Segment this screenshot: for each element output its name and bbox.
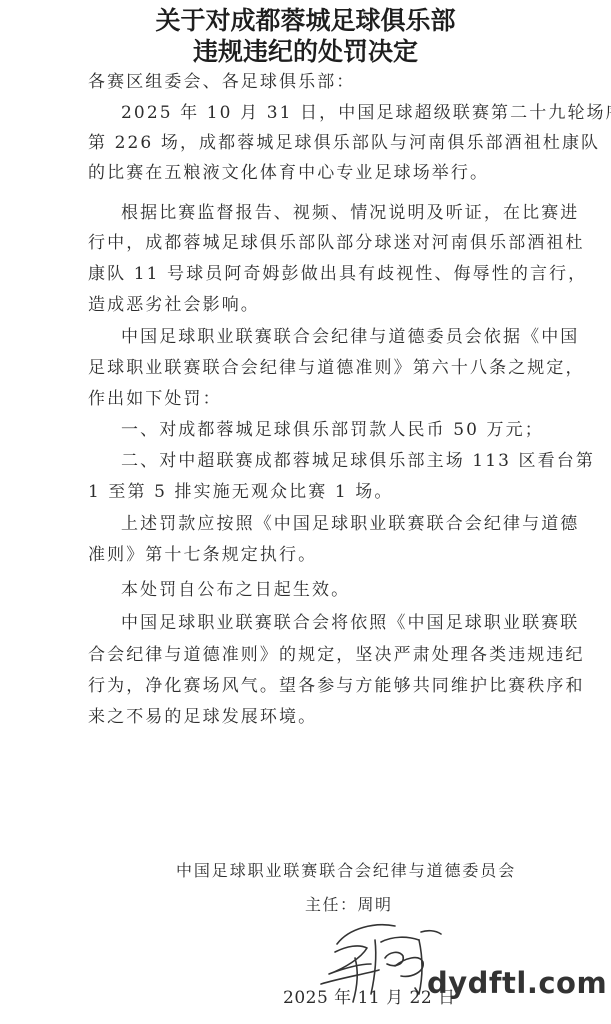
body-line: 1 至第 5 排实施无观众比赛 1 场。: [88, 482, 393, 502]
document-title-line-1: 关于对成都蓉城足球俱乐部: [0, 6, 611, 36]
body-line: 中国足球职业联赛联合会纪律与道德委员会依据《中国: [121, 327, 579, 347]
body-line: 行中，成都蓉城足球俱乐部队部分球迷对河南俱乐部酒祖杜: [88, 233, 585, 253]
document-title-line-2: 违规违纪的处罚决定: [0, 37, 611, 67]
body-line: 作出如下处罚：: [88, 389, 222, 409]
body-line: 根据比赛监督报告、视频、情况说明及听证，在比赛进: [121, 203, 579, 223]
body-line: 的比赛在五粮液文化体育中心专业足球场举行。: [88, 163, 489, 183]
penalty-item-2: 二、对中超联赛成都蓉城足球俱乐部主场 113 区看台第: [121, 451, 595, 471]
body-line: 合会纪律与道德准则》的规定，坚决严肃处理各类违规违纪: [88, 645, 585, 665]
body-line: 2025 年 10 月 31 日，中国足球超级联赛第二十九轮场序: [121, 103, 611, 123]
body-line: 来之不易的足球发展环境。: [88, 707, 317, 727]
signature-organization: 中国足球职业联赛联合会纪律与道德委员会: [176, 861, 516, 881]
penalty-item-1: 一、对成都蓉城足球俱乐部罚款人民币 50 万元；: [121, 420, 544, 440]
effective-notice: 本处罚自公布之日起生效。: [121, 580, 350, 600]
watermark: dydftl.com: [427, 966, 607, 1000]
body-line: 造成恶劣社会影响。: [88, 295, 260, 315]
body-line: 准则》第十七条规定执行。: [88, 545, 317, 565]
body-line: 足球职业联赛联合会纪律与道德准则》第六十八条之规定，: [88, 358, 585, 378]
body-line: 康队 11 号球员阿奇姆彭做出具有歧视性、侮辱性的言行，: [88, 264, 587, 284]
body-line: 第 226 场，成都蓉城足球俱乐部队与河南俱乐部酒祖杜康队: [88, 133, 600, 153]
body-line: 行为，净化赛场风气。望各参与方能够共同维护比赛秩序和: [88, 676, 585, 696]
body-line: 上述罚款应按照《中国足球职业联赛联合会纪律与道德: [121, 514, 579, 534]
body-line: 中国足球职业联赛联合会将依照《中国足球职业联赛联: [121, 613, 579, 633]
signature-chief: 主任：周明: [305, 895, 393, 915]
salutation: 各赛区组委会、各足球俱乐部：: [88, 72, 355, 92]
